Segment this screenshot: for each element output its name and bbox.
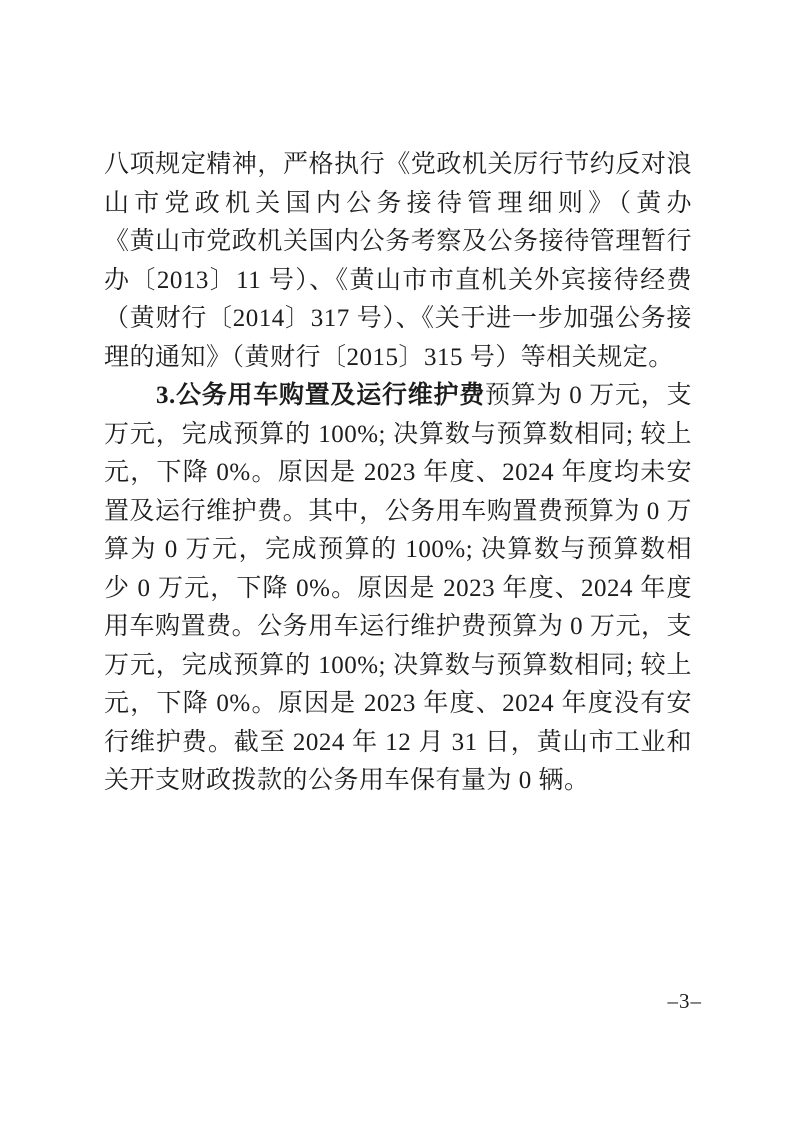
text-line: 元，下降 0%。原因是 2023 年度、2024 年度没有安排公务用车运: [104, 685, 692, 724]
text-line: 算为 0 万元，完成预算的 100%; 决算数与预算数相同; 较上年减: [104, 531, 692, 570]
text-line: 少 0 万元，下降 0%。原因是 2023 年度、2024 年度没有安排公务: [104, 570, 692, 609]
text-line: 万元，完成预算的 100%; 决算数与预算数相同; 较上年减少 0 万: [104, 416, 692, 455]
text-line: 《黄山市党政机关国内公务考察及公务接待管理暂行办法》（黄: [104, 223, 692, 262]
paragraph-vehicle-costs: 3.公务用车购置及运行维护费预算为 0 万元，支出决算为 0 万元，完成预算的 …: [104, 377, 692, 801]
text-line: 万元，完成预算的 100%; 决算数与预算数相同; 较上年减少 0 万: [104, 647, 692, 686]
text-line: （黄财行〔2014〕317 号）、《关于进一步加强公务接待经费管: [104, 300, 692, 339]
text-line: 行维护费。截至 2024 年 12 月 31 日，黄山市工业和信息化局机: [104, 724, 692, 763]
paragraph-lead-heading: 3.公务用车购置及运行维护费: [156, 382, 485, 409]
text-line: 用车购置费。公务用车运行维护费预算为 0 万元，支出决算为 0: [104, 608, 692, 647]
document-page: 八项规定精神，严格执行《党政机关厉行节约反对浪费条例》《黄 山市党政机关国内公务…: [0, 0, 793, 1122]
text-line: 山市党政机关国内公务接待管理细则》（黄办〔2014〕21 号）、: [104, 185, 692, 224]
text-line: 办〔2013〕11 号）、《黄山市市直机关外宾接待经费管理办法》: [104, 262, 692, 301]
text-line: 置及运行维护费。其中，公务用车购置费预算为 0 万元，支出决: [104, 493, 692, 532]
page-number: –3–: [668, 988, 703, 1014]
document-body-text: 八项规定精神，严格执行《党政机关厉行节约反对浪费条例》《黄 山市党政机关国内公务…: [104, 146, 692, 801]
text-line: 3.公务用车购置及运行维护费预算为 0 万元，支出决算为 0: [104, 377, 692, 416]
text-line: 元，下降 0%。原因是 2023 年度、2024 年度均未安排公务用车购: [104, 454, 692, 493]
text-line: 八项规定精神，严格执行《党政机关厉行节约反对浪费条例》《黄: [104, 146, 692, 185]
paragraph-regulations: 八项规定精神，严格执行《党政机关厉行节约反对浪费条例》《黄 山市党政机关国内公务…: [104, 146, 692, 377]
text-line: 关开支财政拨款的公务用车保有量为 0 辆。: [104, 762, 692, 801]
text-line: 理的通知》（黄财行〔2015〕315 号）等相关规定。: [104, 339, 692, 378]
